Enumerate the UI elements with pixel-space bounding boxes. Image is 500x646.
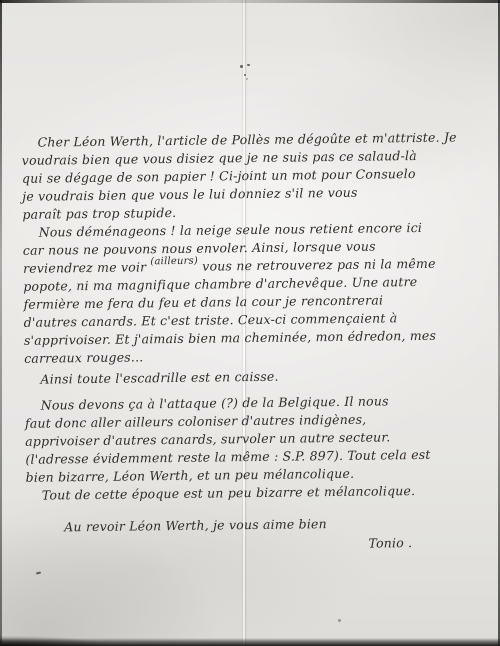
letter-signature: Tonio . [26, 533, 488, 557]
letter-paragraph: Nous devons ça à l'attaque (?) de la Bel… [25, 391, 488, 487]
letter-paragraph: Nous déménageons ! la neige seule nous r… [23, 218, 487, 368]
letter-line: Ainsi toute l'escadrille est en caisse. [24, 365, 486, 389]
letter-scan-page: Cher Léon Werth, l'article de Pollès me … [0, 0, 500, 646]
scan-edge-bottom-left-shadow [0, 632, 150, 646]
letter-line-text: reviendrez me voir [23, 259, 151, 276]
ink-speck [338, 619, 341, 622]
letter-body: Cher Léon Werth, l'article de Pollès me … [21, 128, 488, 557]
letter-paragraph: Ainsi toute l'escadrille est en caisse. [24, 365, 486, 389]
letter-line-text: vous ne retrouverez pas ni la même [198, 256, 436, 274]
ink-speck [247, 64, 250, 66]
ink-speck [36, 571, 41, 574]
scan-edge-left [0, 0, 2, 646]
letter-paragraph: Cher Léon Werth, l'article de Pollès me … [21, 128, 484, 224]
inserted-word-above-line: (ailleurs) [150, 262, 198, 263]
ink-speck [240, 65, 243, 68]
scan-edge-top [0, 0, 500, 3]
ink-speck [244, 74, 246, 76]
